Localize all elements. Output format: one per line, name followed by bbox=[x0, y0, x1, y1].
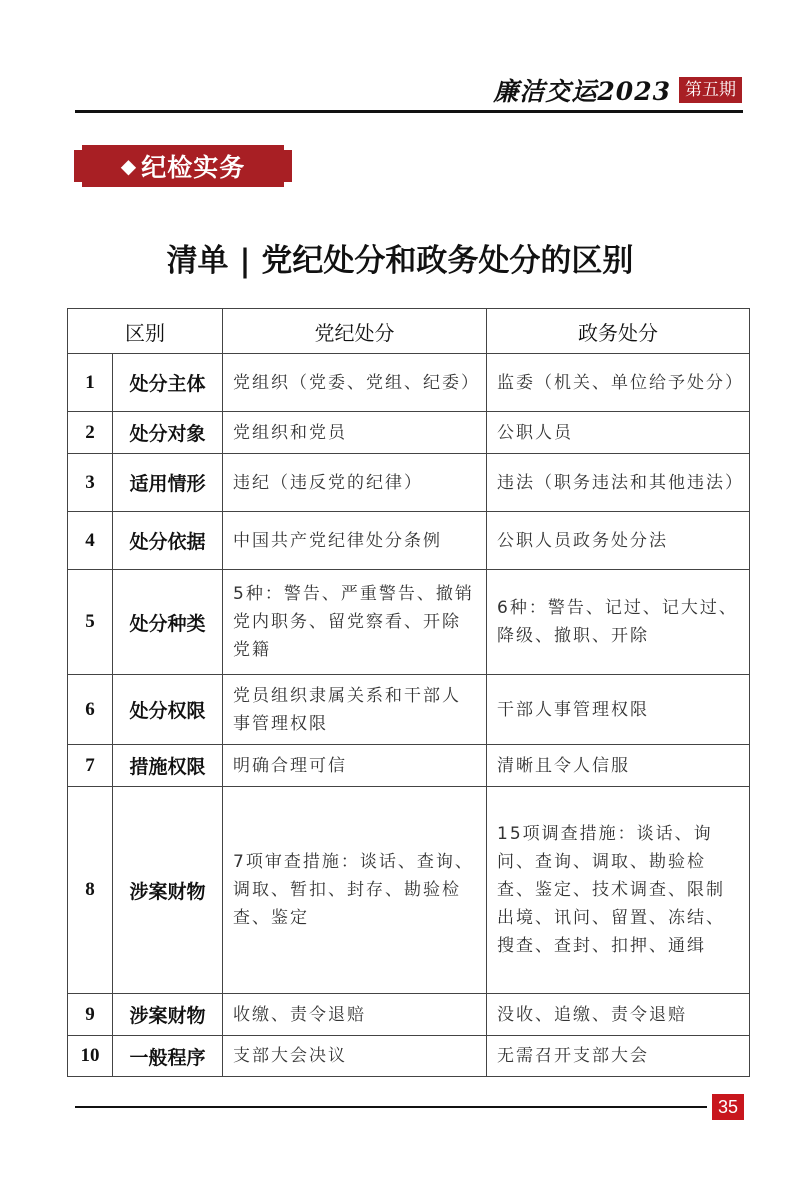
gov-cell: 干部人事管理权限 bbox=[487, 675, 750, 745]
section-label: 纪检实务 bbox=[141, 148, 245, 184]
row-item: 一般程序 bbox=[113, 1036, 223, 1077]
party-cell: 党员组织隶属关系和干部人事管理权限 bbox=[223, 675, 487, 745]
diamond-icon: ◆ bbox=[121, 154, 137, 178]
row-number: 8 bbox=[68, 787, 113, 994]
row-number: 4 bbox=[68, 512, 113, 570]
table-row: 4 处分依据 中国共产党纪律处分条例 公职人员政务处分法 bbox=[68, 512, 750, 570]
party-cell: 党组织（党委、党组、纪委） bbox=[223, 354, 487, 412]
party-cell: 5种：警告、严重警告、撤销党内职务、留党察看、开除党籍 bbox=[223, 570, 487, 675]
table-row: 3 适用情形 违纪（违反党的纪律） 违法（职务违法和其他违法） bbox=[68, 454, 750, 512]
party-cell: 中国共产党纪律处分条例 bbox=[223, 512, 487, 570]
gov-cell: 无需召开支部大会 bbox=[487, 1036, 750, 1077]
gov-cell: 公职人员 bbox=[487, 412, 750, 454]
issue-badge: 第五期 bbox=[679, 77, 742, 103]
table-row: 8 涉案财物 7项审查措施：谈话、查询、调取、暂扣、封存、勘验检查、鉴定 15项… bbox=[68, 787, 750, 994]
table-row: 6 处分权限 党员组织隶属关系和干部人事管理权限 干部人事管理权限 bbox=[68, 675, 750, 745]
gov-cell: 公职人员政务处分法 bbox=[487, 512, 750, 570]
row-item: 处分权限 bbox=[113, 675, 223, 745]
row-item: 处分对象 bbox=[113, 412, 223, 454]
comparison-table: 区别 党纪处分 政务处分 1 处分主体 党组织（党委、党组、纪委） 监委（机关、… bbox=[67, 308, 750, 1077]
footer-rule bbox=[75, 1106, 707, 1108]
party-cell: 党组织和党员 bbox=[223, 412, 487, 454]
gov-cell: 违法（职务违法和其他违法） bbox=[487, 454, 750, 512]
party-cell: 7项审查措施：谈话、查询、调取、暂扣、封存、勘验检查、鉴定 bbox=[223, 787, 487, 994]
row-item: 涉案财物 bbox=[113, 994, 223, 1036]
page-number: 35 bbox=[712, 1094, 744, 1120]
party-cell: 支部大会决议 bbox=[223, 1036, 487, 1077]
table-row: 1 处分主体 党组织（党委、党组、纪委） 监委（机关、单位给予处分） bbox=[68, 354, 750, 412]
gov-cell: 6种：警告、记过、记大过、降级、撤职、开除 bbox=[487, 570, 750, 675]
gov-cell: 没收、追缴、责令退赔 bbox=[487, 994, 750, 1036]
masthead: 廉洁交运2023 第五期 bbox=[493, 72, 742, 108]
row-number: 2 bbox=[68, 412, 113, 454]
row-number: 3 bbox=[68, 454, 113, 512]
row-item: 处分种类 bbox=[113, 570, 223, 675]
row-number: 10 bbox=[68, 1036, 113, 1077]
row-number: 9 bbox=[68, 994, 113, 1036]
table-row: 10 一般程序 支部大会决议 无需召开支部大会 bbox=[68, 1036, 750, 1077]
header-government-sanction: 政务处分 bbox=[487, 309, 750, 354]
table-header-row: 区别 党纪处分 政务处分 bbox=[68, 309, 750, 354]
row-item: 涉案财物 bbox=[113, 787, 223, 994]
table-row: 5 处分种类 5种：警告、严重警告、撤销党内职务、留党察看、开除党籍 6种：警告… bbox=[68, 570, 750, 675]
row-item: 措施权限 bbox=[113, 745, 223, 787]
row-item: 处分依据 bbox=[113, 512, 223, 570]
row-number: 5 bbox=[68, 570, 113, 675]
header-party-discipline: 党纪处分 bbox=[223, 309, 487, 354]
header-rule bbox=[75, 110, 743, 113]
row-number: 6 bbox=[68, 675, 113, 745]
page-title: 清单 | 党纪处分和政务处分的区别 bbox=[0, 235, 800, 280]
magazine-brand: 廉洁交运2023 bbox=[493, 72, 671, 108]
party-cell: 违纪（违反党的纪律） bbox=[223, 454, 487, 512]
party-cell: 收缴、责令退赔 bbox=[223, 994, 487, 1036]
gov-cell: 清晰且令人信服 bbox=[487, 745, 750, 787]
section-tag: ◆ 纪检实务 bbox=[74, 145, 292, 187]
row-item: 适用情形 bbox=[113, 454, 223, 512]
row-number: 1 bbox=[68, 354, 113, 412]
gov-cell: 15项调查措施：谈话、询问、查询、调取、勘验检查、鉴定、技术调查、限制出境、讯问… bbox=[487, 787, 750, 994]
party-cell: 明确合理可信 bbox=[223, 745, 487, 787]
row-item: 处分主体 bbox=[113, 354, 223, 412]
gov-cell: 监委（机关、单位给予处分） bbox=[487, 354, 750, 412]
table-row: 7 措施权限 明确合理可信 清晰且令人信服 bbox=[68, 745, 750, 787]
table-row: 9 涉案财物 收缴、责令退赔 没收、追缴、责令退赔 bbox=[68, 994, 750, 1036]
header-difference: 区别 bbox=[68, 309, 223, 354]
row-number: 7 bbox=[68, 745, 113, 787]
table-row: 2 处分对象 党组织和党员 公职人员 bbox=[68, 412, 750, 454]
